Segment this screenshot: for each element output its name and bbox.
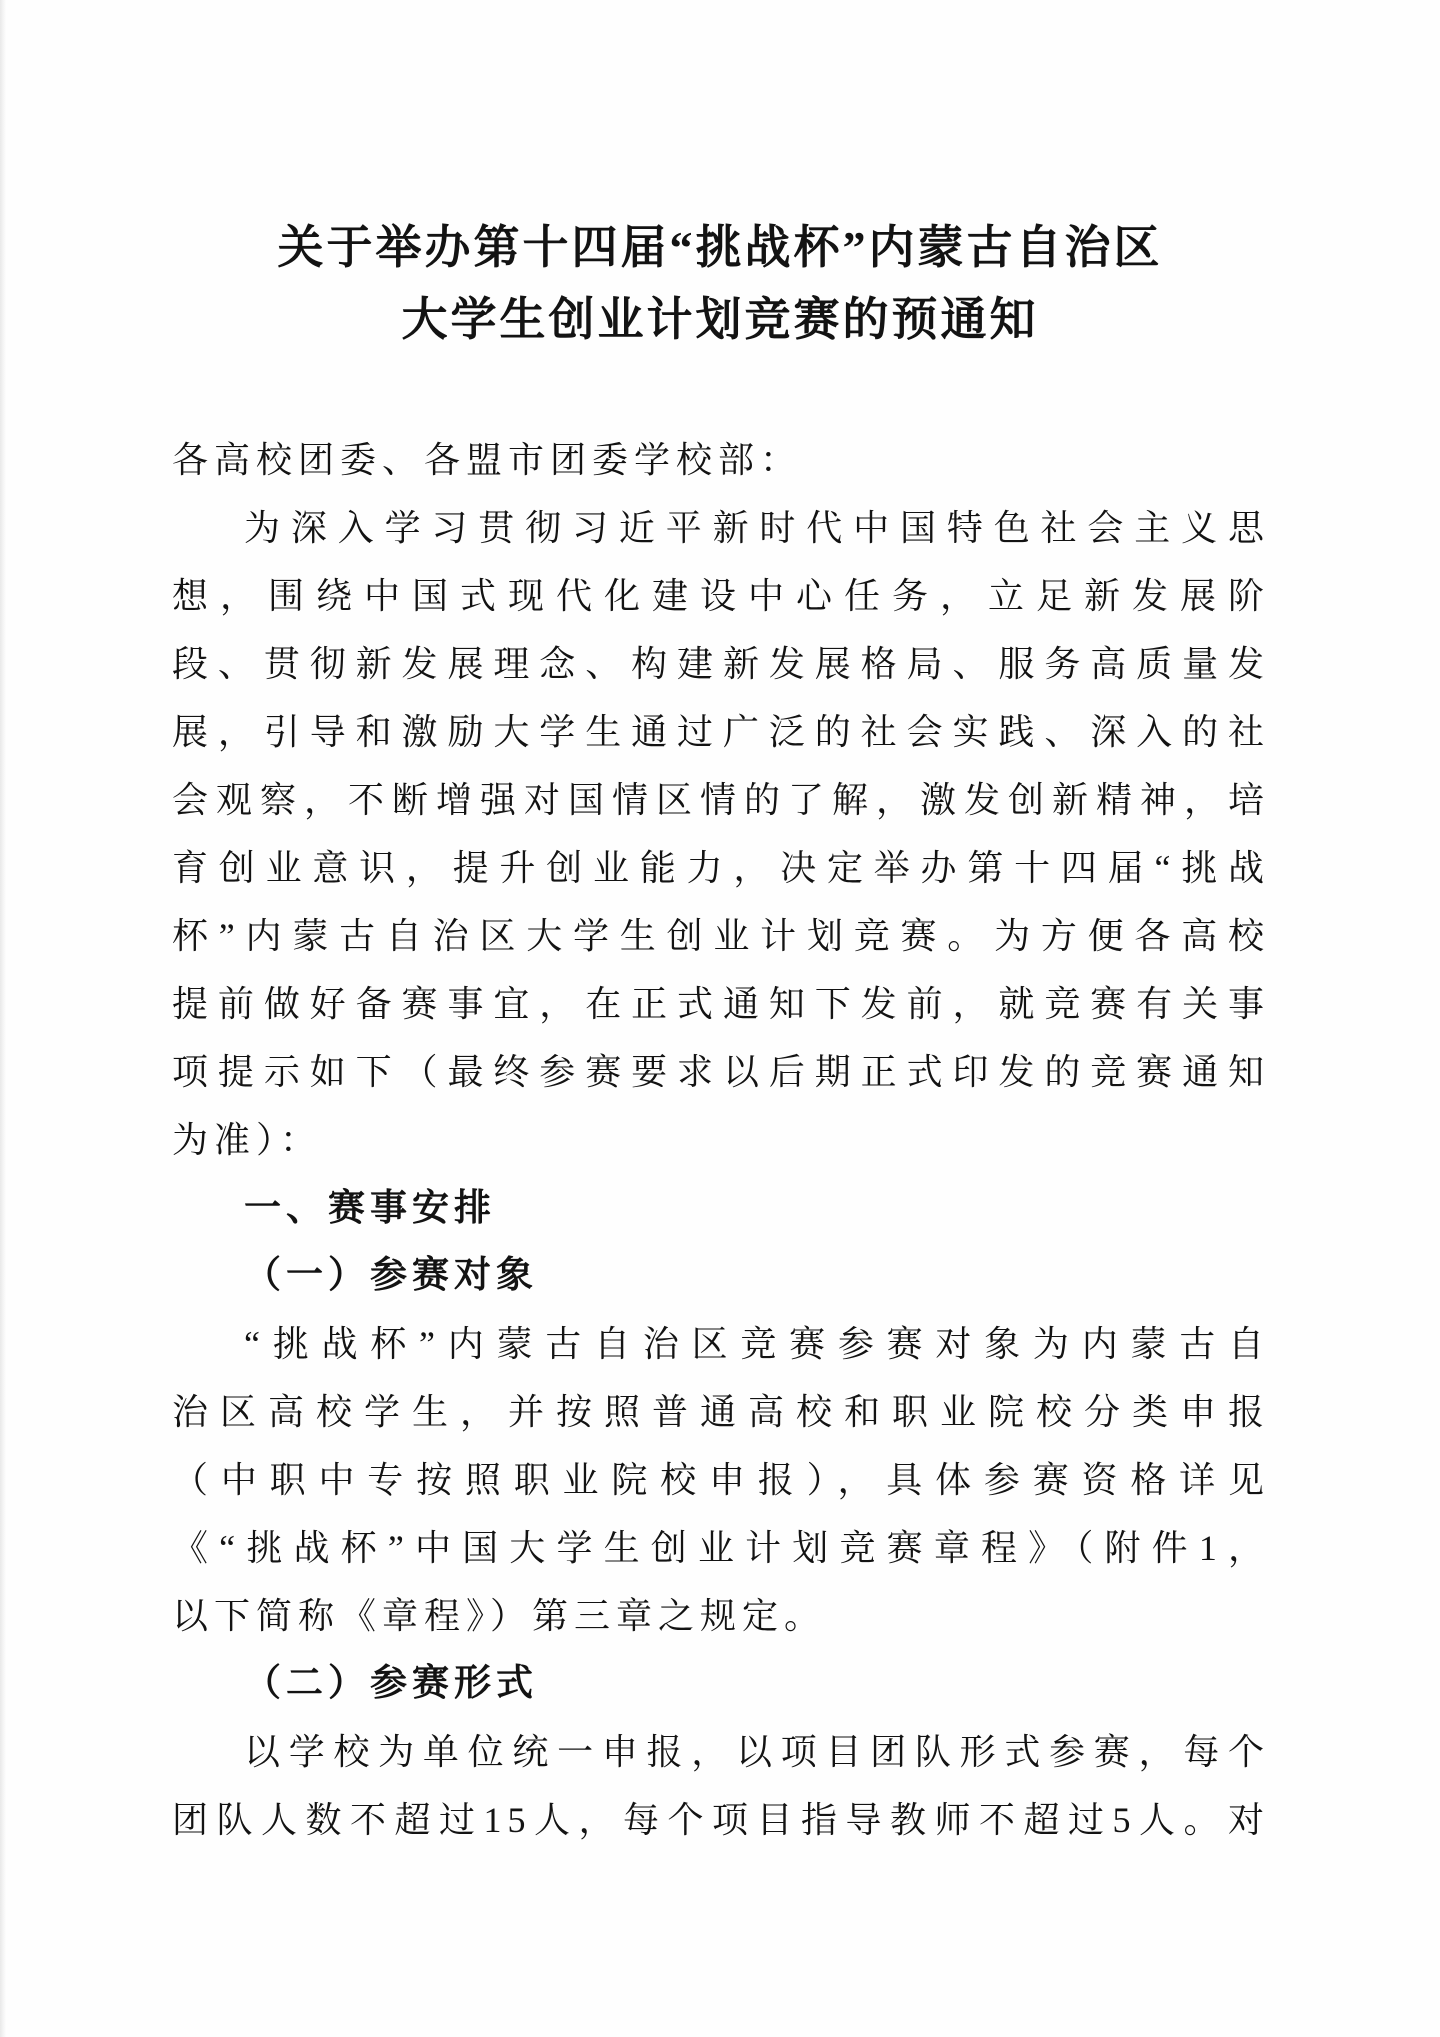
paragraph1-line-10: 为准）： xyxy=(172,1106,1270,1174)
paragraph1-line-5: 会观察，不断增强对国情区情的了解，激发创新精神，培 xyxy=(172,766,1270,834)
subsection-heading-participants: （一）参赛对象 xyxy=(172,1242,1270,1310)
paragraph1-line-7: 杯”内蒙古自治区大学生创业计划竞赛。为方便各高校 xyxy=(172,902,1270,970)
paragraph1-line-8: 提前做好备赛事宜，在正式通知下发前，就竞赛有关事 xyxy=(172,970,1270,1038)
paragraph3-line-2: 团队人数不超过15人，每个项目指导教师不超过5人。对 xyxy=(172,1786,1270,1854)
paragraph1-line-6: 育创业意识，提升创业能力，决定举办第十四届“挑战 xyxy=(172,834,1270,902)
paragraph1-line-1: 为深入学习贯彻习近平新时代中国特色社会主义思 xyxy=(172,494,1270,562)
paragraph2-line-1: “挑战杯”内蒙古自治区竞赛参赛对象为内蒙古自 xyxy=(172,1310,1270,1378)
paragraph2-line-5: 以下简称《章程》）第三章之规定。 xyxy=(172,1582,1270,1650)
paragraph1-line-2: 想，围绕中国式现代化建设中心任务，立足新发展阶 xyxy=(172,562,1270,630)
document-page: 关于举办第十四届“挑战杯”内蒙古自治区 大学生创业计划竞赛的预通知 各高校团委、… xyxy=(0,0,1440,2037)
title-line-2: 大学生创业计划竞赛的预通知 xyxy=(170,284,1270,356)
paragraph2-line-2: 治区高校学生，并按照普通高校和职业院校分类申报 xyxy=(172,1378,1270,1446)
document-title: 关于举办第十四届“挑战杯”内蒙古自治区 大学生创业计划竞赛的预通知 xyxy=(170,212,1270,356)
paragraph1-line-9: 项提示如下（最终参赛要求以后期正式印发的竞赛通知 xyxy=(172,1038,1270,1106)
paragraph3-line-1: 以学校为单位统一申报，以项目团队形式参赛，每个 xyxy=(172,1718,1270,1786)
paragraph1-line-3: 段、贯彻新发展理念、构建新发展格局、服务高质量发 xyxy=(172,630,1270,698)
paragraph2-line-4: 《“挑战杯”中国大学生创业计划竞赛章程》（附件1， xyxy=(172,1514,1270,1582)
title-line-1: 关于举办第十四届“挑战杯”内蒙古自治区 xyxy=(170,212,1270,284)
section-heading-competition-arrangement: 一、赛事安排 xyxy=(172,1174,1270,1242)
salutation: 各高校团委、各盟市团委学校部： xyxy=(172,426,1270,494)
paragraph1-line-4: 展，引导和激励大学生通过广泛的社会实践、深入的社 xyxy=(172,698,1270,766)
document-body: 各高校团委、各盟市团委学校部： 为深入学习贯彻习近平新时代中国特色社会主义思 想… xyxy=(172,426,1270,1854)
paragraph2-line-3: （中职中专按照职业院校申报），具体参赛资格详见 xyxy=(172,1446,1270,1514)
subsection-heading-participation-format: （二）参赛形式 xyxy=(172,1650,1270,1718)
